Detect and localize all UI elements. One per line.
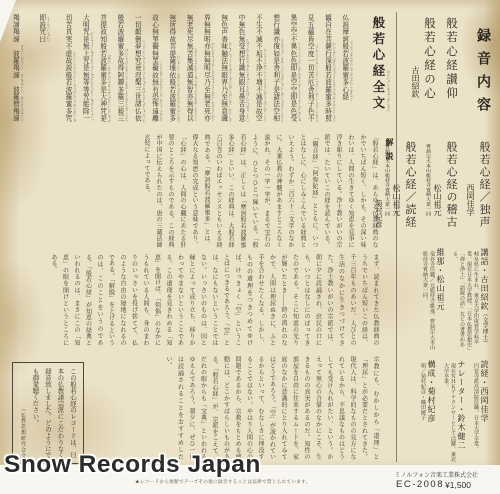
sutra-kanji: 仏説摩訶般若波羅蜜多心経 [341,14,348,100]
sutra-furigana: こしんむけいげむけいげこむうくふおんり [158,61,162,122]
watermark-text: Snow Records Japan [4,451,261,479]
credit-bio: 現在ＮＨＫアナウンサーとして活躍。東北大学卒業。 [442,358,456,466]
sutra-column: 見五蘊皆空度一切苦厄舎利子色不けんごうんかいくうどいっさいくやくしゃりししきふ [306,14,317,126]
sutra-kanji: 不生不滅不垢不浄不増不減是故空 [254,14,261,122]
sutra-column: 般若波羅蜜多故得阿耨多羅三藐三はんにゃはらみたことくあのくたらさんみゃくさん [116,14,127,126]
credit-role-name: 維那・松山祖元 [435,246,446,354]
sutra-column: 菩提故知般若波羅蜜多是大神咒是ぼだいこちはんにゃはらみたぜだいじんしゅぜ [98,14,109,126]
credit-role-name: 読経・西岡佳学 [479,358,490,466]
sutra-furigana: だいみょうしゅぜむじょうしゅぜむとうどうしゅのうじょいっ [89,32,93,122]
sutra-kanji: 菩提故知般若波羅蜜多是大神咒是 [98,14,105,122]
sutra-kanji: 界無無明亦無無明尽乃至無老死亦 [202,14,209,122]
track-item: 般若心経／読経松山祖元曹洞宗大本山総持寺賓納大衆一同 [383,138,418,244]
record-sleeve-photo: 般若心経全文はんにゃしんぎょうぜんもん 仏説摩訶般若波羅蜜多心経ぶっせつまかはん… [0,0,500,494]
sutra-kanji: 般若波羅蜜多故得阿耨多羅三藐三 [116,14,123,122]
track-title: 般若心経の稽古 [443,138,459,244]
sutra-furigana: むしきしょうこうみそくほうむげんかいないしむいしき [227,42,231,122]
sutra-kanji: 無老死尽無苦集滅道無智亦無得以 [185,14,192,122]
sutra-furigana: そうぎょうしきやくぶにょぜしゃりしぜしょほうくうそう [279,39,283,122]
track-performer: 古田紹欽 [410,14,421,132]
track-list-top: 録音内容 般若心経讃仰般若心経の心古田紹欽 [400,14,492,132]
sutra-furigana: いっさいてんどうむそうくぎょうねはんさんぜしょぶつえ [141,39,145,122]
sutra-heading: 般若心経全文はんにゃしんぎょうぜんもん [371,14,389,126]
credit-item: 構成・菊村紀彦唄／菊村紀彦・織田暁子 [419,358,437,466]
sutra-kanji: 無所得故菩提薩埵依般若波羅蜜多 [168,14,175,122]
price-label: ¥1,500 [445,480,471,490]
credits-row-2: 読経・西岡佳学円覚寺派昌清院住職。日本大学卒業。ナレーター・鈴木健二現在ＮＨＫア… [396,358,490,466]
sutra-column: 界無無明亦無無明尽乃至無老死亦かいむむみょうやくむむみょうじんないしむろうしやく [202,14,213,126]
sutra-heading-ruby: はんにゃしんぎょうぜんもん [385,70,389,112]
credit-item: 維那・松山祖元竜谷寺住職／元総持寺維那。曹洞宗大本山総持寺賓納大衆一同。 [421,246,446,354]
credit-suffix: （文学博士） [481,311,487,346]
sutra-kanji: 無色声香味触法無眼界乃至無意識 [220,14,227,122]
sutra-column: 仏説摩訶般若波羅蜜多心経ぶっせつまかはんにゃはらみたしんぎょう [341,14,352,126]
track-performer-group: 曹洞宗大本山総持寺賓納大衆一同 [424,138,430,244]
sutra-kanji: 異空空不異色色即是空空即是色受 [289,14,296,122]
sutra-column: 異空空不異色色即是空空即是色受いくうくうふいしきしきそくぜくうくうそくぜしきじゅ [289,14,300,126]
track-performer: 松山祖元 [391,138,402,244]
sutra-kanji: 大明咒是無上咒是無等等咒能除一 [81,14,88,122]
sutra-column: 一切顛倒夢想究竟涅槃三世諸仏依いっさいてんどうむそうくぎょうねはんさんぜしょぶつ… [133,14,144,126]
sutra-furigana: いくうくうふいしきしきそくぜくうくうそくぜしきじゅ [296,42,300,122]
sutra-column: 想行識亦復如是舎利子是諸法空相そうぎょうしきやくぶにょぜしゃりしぜしょほうくうそ… [271,14,282,126]
credits-row-1: 講話・古田紹欽（文学博士）岐阜県に生まれ、東京大学印度哲学科卒業。現在日本大学教… [396,246,490,354]
sutra-furigana: ぎゃていぎゃてい はらぎゃてい はらそうぎゃてい [19,45,23,122]
record-company-name: ミノルフォン音楽工業株式会社 [360,470,478,479]
sutra-column: 切苦真実不虚故説般若波羅蜜多咒さいくしんじつふここせつはんにゃはらみたしゅ [64,14,75,126]
track-item: 般若心経の稽古松山祖元曹洞宗大本山総持寺賓納大衆一同 [424,138,459,244]
sutra-column: 故心無罣礙無罣礙故無有恐怖遠離こしんむけいげむけいげこむうくふおんり [150,14,161,126]
sutra-furigana: むろうしじんむくしゅうめつどうむちやくむとくい [193,48,197,122]
sutra-kanji: 見五蘊皆空度一切苦厄舎利子色不 [306,14,313,122]
track-performer-group: 曹洞宗大本山総持寺賓納大衆一同 [383,138,389,244]
notice-signature: （仏教思想研究会会長） [18,368,28,458]
sutra-kanji: 観自在菩薩行深般若波羅蜜多時照 [323,14,330,122]
sutra-column: 無所得故菩提薩埵依般若波羅蜜多むしょとくこぼだいさったえはんにゃはらみた [168,14,179,126]
sutra-furigana: ぶっせつまかはんにゃはらみたしんぎょう [348,40,352,101]
commentary-band-1: 「般若心経」は、あらゆる仏教経典のなかでいちばん短く、しかも、その深い味わいは、… [90,134,380,248]
sutra-furigana: ふしょうふめつふくふじょうふぞうふげんぜこくう [262,48,266,122]
sutra-column: 中無色無受想行識無眼耳鼻舌身意ちゅうむしきむじゅそうぎょうしきむげんにびぜっしん… [237,14,248,126]
track-title: 般若心経讃仰 [443,14,459,132]
sutra-column: 無色声香味触法無眼界乃至無意識むしきしょうこうみそくほうむげんかいないしむいしき [220,14,231,126]
notice-box-body: この般若心経のレコードは、日本の仏教諸宗派にこだわりなく録音致しました。どのよう… [18,368,78,458]
sutra-column: 羯諦羯諦 波羅羯諦 波羅僧羯諦ぎゃていぎゃてい はらぎゃてい はらそうぎゃてい [11,14,22,126]
sutra-furigana: むしょとくこぼだいさったえはんにゃはらみた [175,55,179,122]
credit-bio: 岐阜県に生まれ、東京大学印度哲学科卒業。現在日本大学教授。「日本仏教思想史」「禅… [451,246,479,354]
track-item: 般若心経／独声西岡佳学 [465,138,492,244]
notice-text: この般若心経のレコードは、日本の仏教諸宗派にこだわりなく録音致しました。どのよう… [28,368,78,458]
credit-role-name: 講話・古田紹欽（文学博士） [479,246,490,354]
sutra-furigana: かいむむみょうやくむむみょうじんないしむろうしやく [210,42,214,122]
sutra-heading-text: 般若心経全文 [371,14,385,112]
sutra-kanji: 羯諦羯諦 波羅羯諦 波羅僧羯諦 [11,14,18,122]
sutra-column: 無老死尽無苦集滅道無智亦無得以むろうしじんむくしゅうめつどうむちやくむとくい [185,14,196,126]
sutra-furigana: ぼだいこちはんにゃはらみたぜだいじんしゅぜ [106,55,110,122]
track-title: 般若心経／独声 [476,138,492,244]
credit-item: ナレーター・鈴木健二現在ＮＨＫアナウンサーとして活躍。東北大学卒業。 [442,358,467,466]
track-list-mid: 般若心経／独声西岡佳学般若心経の稽古松山祖元曹洞宗大本山総持寺賓納大衆一同般若心… [400,138,492,244]
commentary-band-2: まず、読まれてきた仏教経典のうちでいちばん短いこの経は、千三百年ものあいだ、人び… [22,254,380,346]
sutra-column: 即説咒曰そくせつしゅわつ [38,14,49,126]
sutra-kanji: 想行識亦復如是舎利子是諸法空相 [271,14,278,122]
credit-role-name: ナレーター・鈴木健二 [456,358,467,466]
sutra-furigana: さいくしんじつふここせつはんにゃはらみたしゅ [72,52,76,122]
commentary-band-3: 宗教にも、むかしから「道理」と「理屈」とが必要だとされてきた。現代人は、科学的な… [90,356,380,460]
track-performer: 西岡佳学 [465,138,476,244]
sutra-kanji: 故心無罣礙無罣礙故無有恐怖遠離 [150,14,157,122]
sutra-furigana: ちゅうむしきむじゅそうぎょうしきむげんにびぜっしんい [245,39,249,122]
credit-bio: 唄／菊村紀彦・織田暁子 [419,358,426,466]
sutra-furigana: はんにゃはらみたことくあのくたらさんみゃくさん [123,48,127,122]
credit-bio: 円覚寺派昌清院住職。日本大学卒業。 [472,358,479,466]
sutra-column: 不生不滅不垢不浄不増不減是故空ふしょうふめつふくふじょうふぞうふげんぜこくう [254,14,265,126]
credit-item: 講話・古田紹欽（文学博士）岐阜県に生まれ、東京大学印度哲学科卒業。現在日本大学教… [451,246,490,354]
sutra-furigana: かんじざいぼさつぎょうじんはんにゃはらみたじしょう [331,42,335,122]
recording-contents-title: 録音内容 [472,14,492,132]
rights-note: ★レコードから無断でテープその他に録音することは法律で禁じられています。 [135,479,311,485]
sutra-furigana: けんごうんかいくうどいっさいくやくしゃりししきふ [314,45,318,122]
sutra-furigana: そくせつしゅわつ [45,17,49,43]
sutra-kanji: 即説咒曰 [38,14,45,43]
catalog-number: EC-2008 [396,479,444,490]
sutra-kanji: 切苦真実不虚故説般若波羅蜜多咒 [64,14,71,122]
track-title: 般若心経／読経 [402,138,418,244]
credit-role-name: 構成・菊村紀彦 [426,358,437,466]
notice-box: この般若心経のレコードは、日本の仏教諸宗派にこだわりなく録音致しました。どのよう… [12,362,84,464]
track-item: 般若心経讃仰 [443,14,459,132]
sutra-kanji: 中無色無受想行識無眼耳鼻舌身意 [237,14,244,122]
sutra-section: 般若心経全文はんにゃしんぎょうぜんもん 仏説摩訶般若波羅蜜多心経ぶっせつまかはん… [8,14,392,128]
credit-item: 読経・西岡佳学円覚寺派昌清院住職。日本大学卒業。 [472,358,490,466]
track-title: 般若心経の心 [421,14,437,132]
sutra-column: 大明咒是無上咒是無等等咒能除一だいみょうしゅぜむじょうしゅぜむとうどうしゅのうじ… [81,14,92,126]
track-performer: 松山祖元 [432,138,443,244]
credit-bio: 竜谷寺住職／元総持寺維那。曹洞宗大本山総持寺賓納大衆一同。 [421,246,435,354]
sutra-column: 観自在菩薩行深般若波羅蜜多時照かんじざいぼさつぎょうじんはんにゃはらみたじしょう [323,14,334,126]
sutra-kanji: 一切顛倒夢想究竟涅槃三世諸仏依 [133,14,140,122]
track-item: 般若心経の心古田紹欽 [410,14,437,132]
